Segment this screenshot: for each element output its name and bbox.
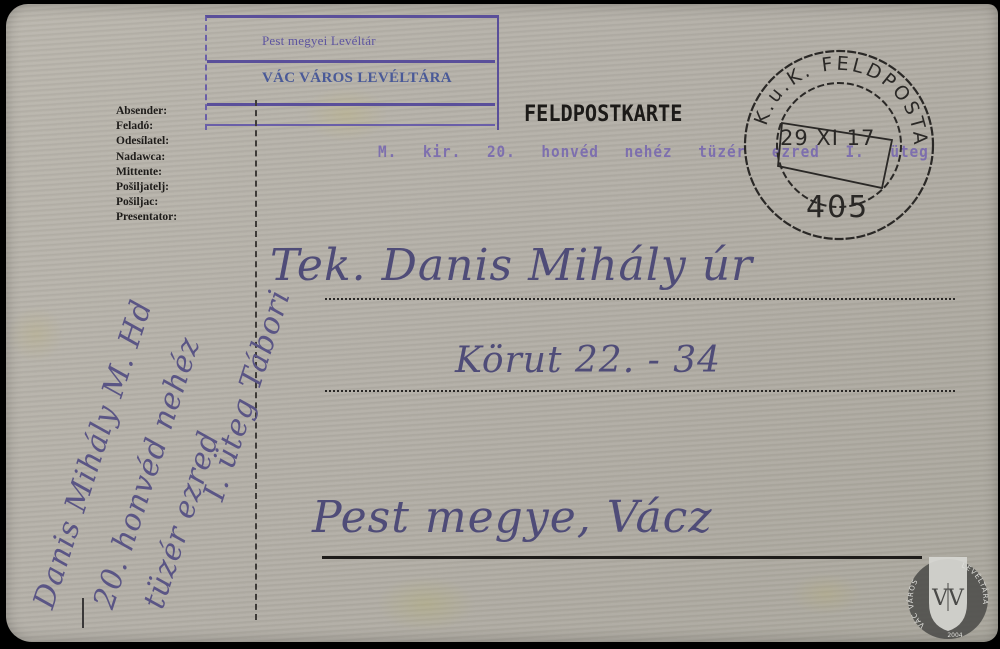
archive-logo-icon: VV VÁC VÁROS LEVÉLTÁRA 2004 bbox=[905, 555, 991, 643]
address-line-3 bbox=[322, 556, 922, 559]
address-line-1 bbox=[325, 298, 955, 300]
sender-label: Mittente: bbox=[116, 165, 177, 180]
archive-stamp-line2: VÁC VÁROS LEVÉLTÁRA bbox=[262, 70, 452, 87]
postcard-title: FELDPOSTKARTE bbox=[524, 102, 682, 127]
sender-label: Absender: bbox=[116, 104, 177, 119]
recipient-line-2: Körut 22. - 34 bbox=[455, 340, 721, 381]
pencil-mark bbox=[82, 598, 84, 628]
sender-label: Pošiljac: bbox=[116, 195, 177, 210]
svg-text:2004: 2004 bbox=[947, 632, 962, 639]
sender-label: Pošiljatelj: bbox=[116, 180, 177, 195]
sender-labels: Absender: Feladó: Odesílatel: Nadawca: M… bbox=[116, 104, 177, 226]
archive-stamp-bottom-rule bbox=[207, 124, 495, 126]
sender-label: Odesílatel: bbox=[116, 134, 177, 149]
address-line-2 bbox=[325, 390, 955, 392]
recipient-line-3: Pest megye, Vácz bbox=[312, 492, 713, 543]
sender-label: Nadawca: bbox=[116, 150, 177, 165]
recipient-line-1: Tek. Danis Mihály úr bbox=[270, 240, 753, 291]
postmark-office-number: 405 bbox=[806, 190, 869, 225]
archive-stamp-line1: Pest megyei Levéltár bbox=[262, 33, 376, 49]
postmark-date: 29 XI 17 bbox=[780, 126, 875, 150]
sender-label: Feladó: bbox=[116, 119, 177, 134]
sender-label: Presentator: bbox=[116, 210, 177, 225]
